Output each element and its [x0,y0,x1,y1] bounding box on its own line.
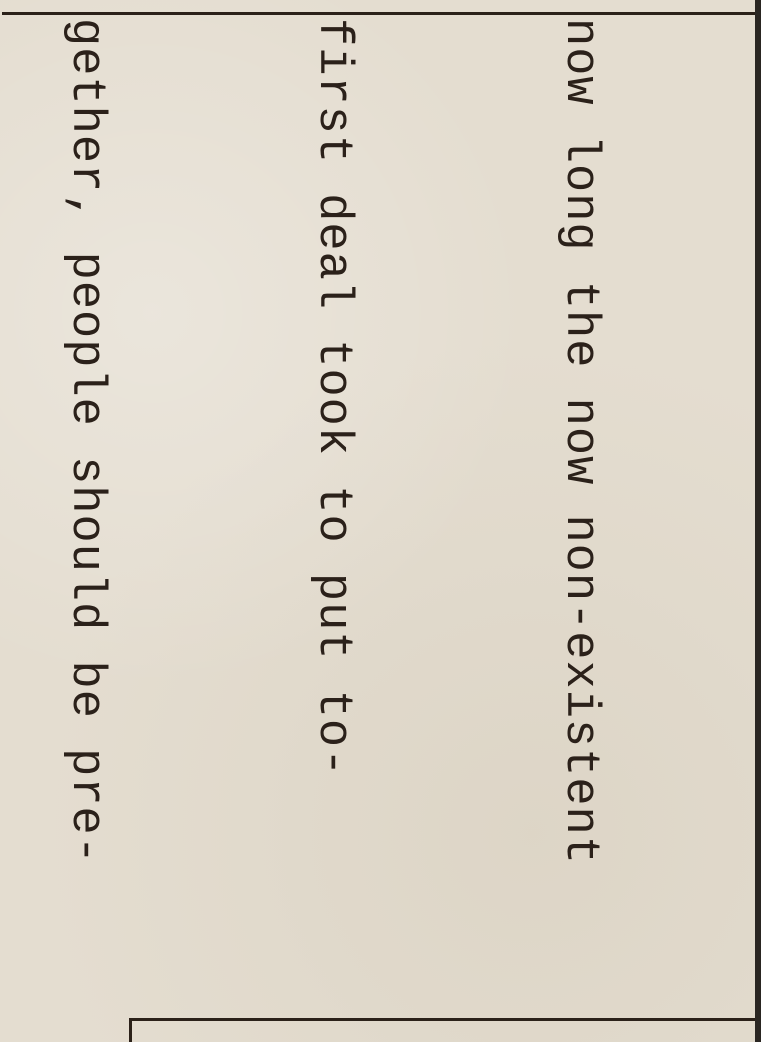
text-line: first deal took to put to- [291,18,373,894]
text-line: now long the now non-existent [538,18,620,894]
article-text: now long the now non-existent first deal… [0,18,757,894]
text-line: gether, people should be pre- [43,18,125,894]
rotated-article-column: now long the now non-existent first deal… [0,0,761,1042]
scan-edge [755,0,761,1042]
